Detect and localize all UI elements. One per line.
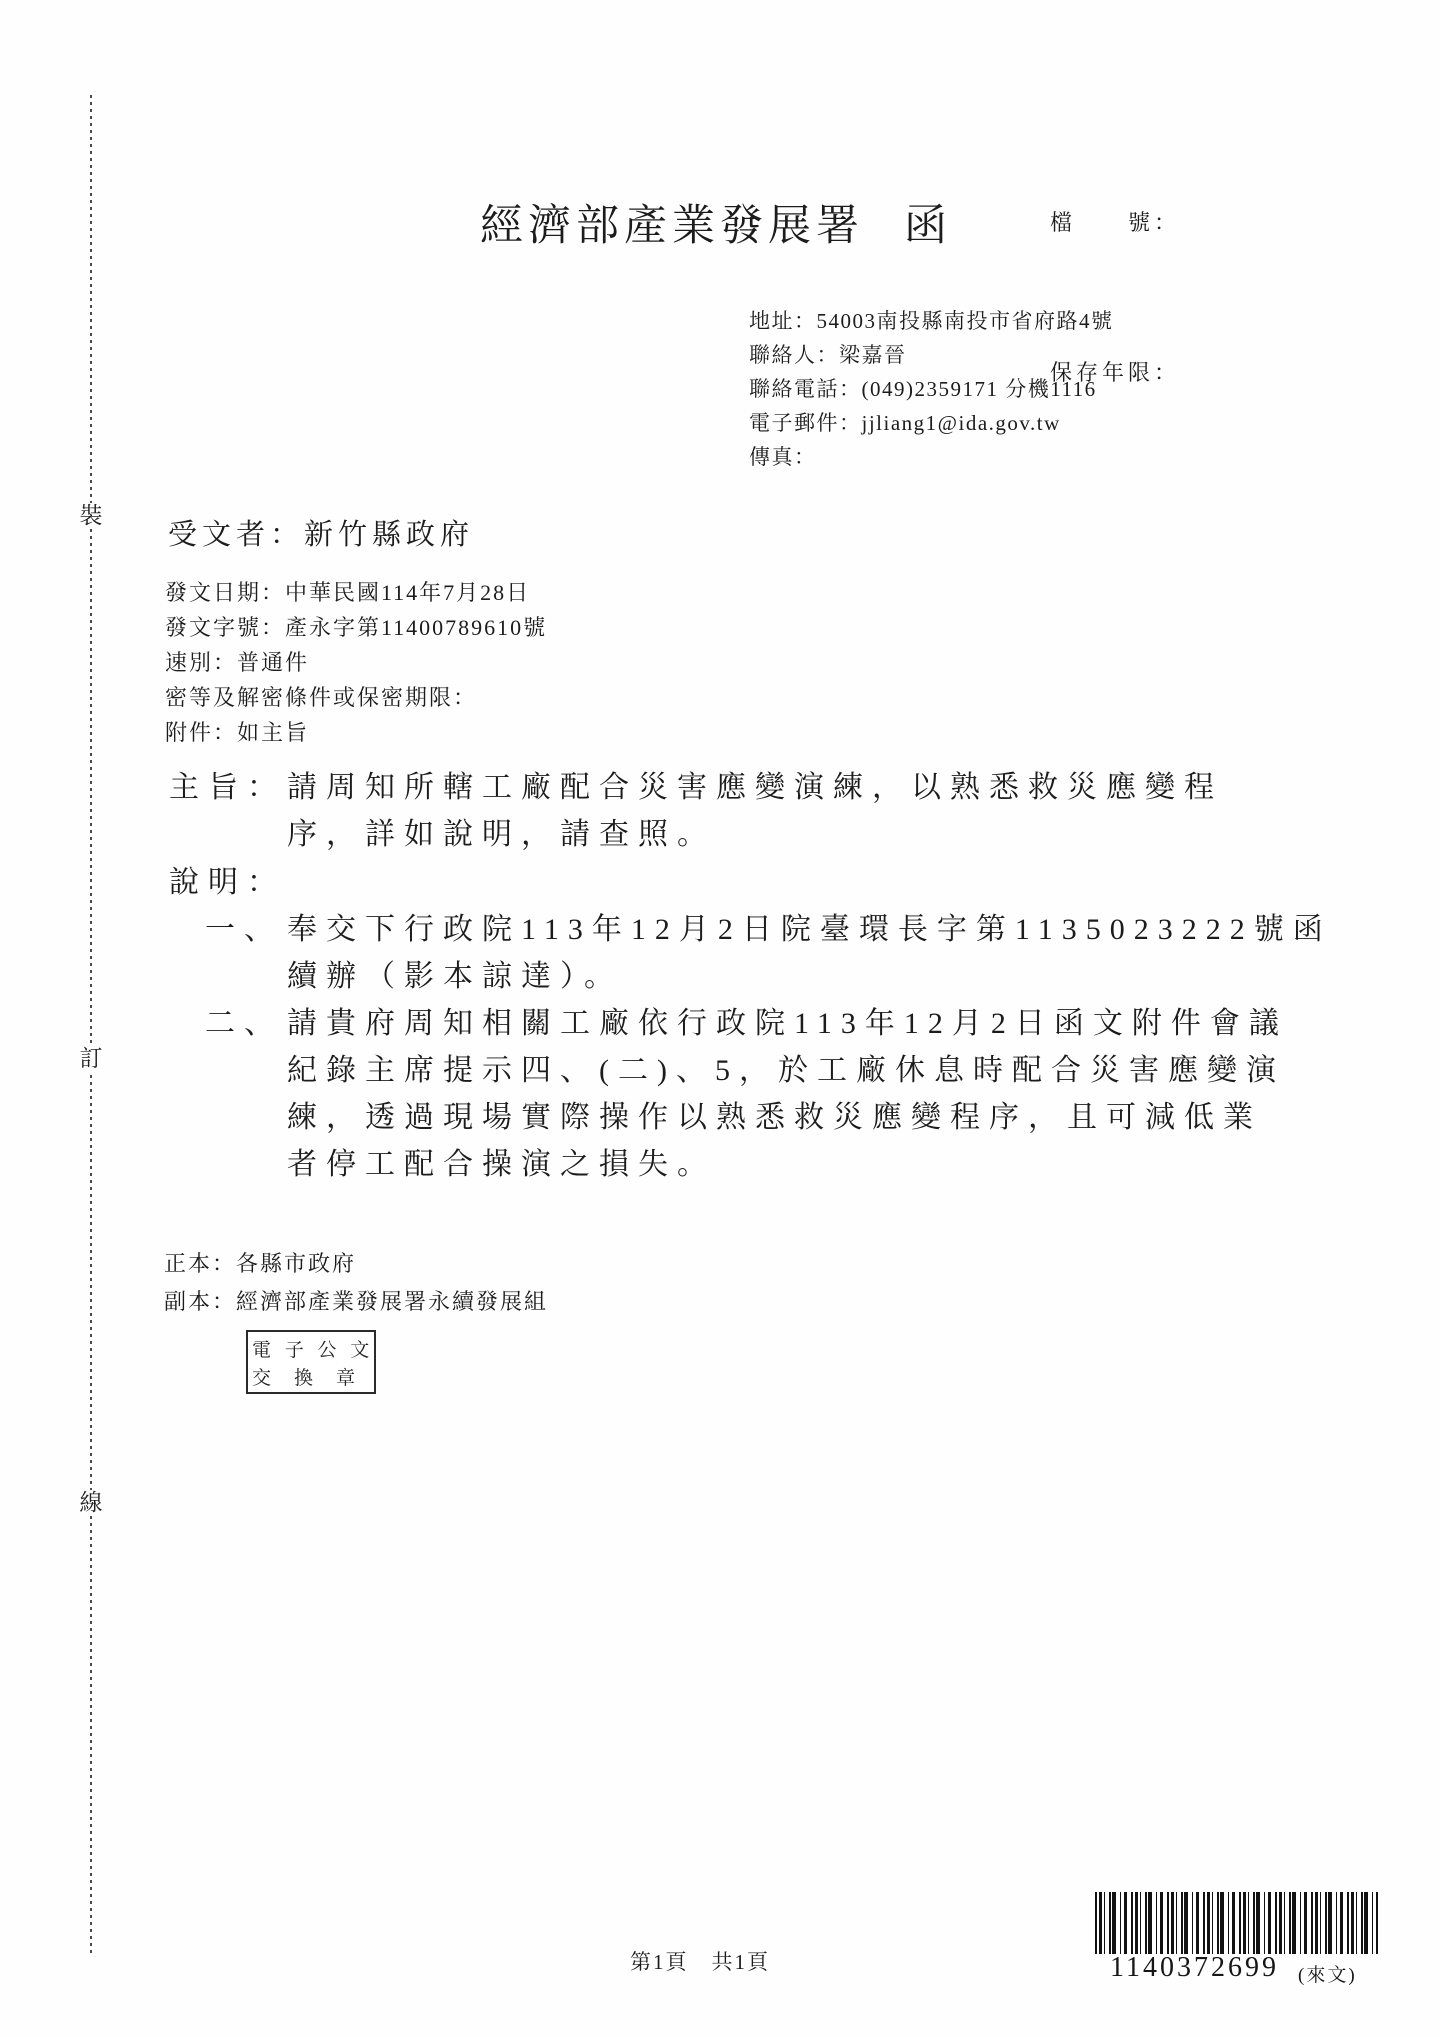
contact-fax: 傳真： [749, 440, 1114, 474]
barcode-source-label: (來文) [1298, 1960, 1357, 1987]
contact-person: 聯絡人：梁嘉晉 [749, 338, 1114, 372]
contact-address: 地址：54003南投縣南投市省府路4號 [749, 304, 1114, 338]
subject-line: 請周知所轄工廠配合災害應變演練，以熟悉救災應變程 [287, 764, 1354, 811]
document-type: 函 [904, 203, 952, 250]
security-class: 密等及解密條件或保密期限： [165, 680, 547, 715]
recipient-line: 受文者：新竹縣政府 [168, 512, 474, 553]
item-number: 二、 [205, 1000, 287, 1188]
item-number: 一、 [205, 906, 287, 1000]
barcode-number: 1140372699 [1110, 1952, 1279, 1984]
electronic-exchange-stamp: 電 子 公 文 交 換 章 [246, 1330, 376, 1394]
binding-mark-xian: 線 [76, 1490, 106, 1516]
subject-label: 主旨： [169, 764, 287, 858]
speed-class: 速別：普通件 [165, 645, 547, 680]
attachment-note: 附件：如主旨 [165, 715, 547, 750]
item-line: 續辦（影本諒達）。 [287, 953, 1354, 1000]
document-page: 裝 訂 線 檔 號： 保存年限： 經濟部產業發展署函 地址：54003南投縣南投… [0, 0, 1440, 2037]
document-title: 經濟部產業發展署函 [480, 192, 952, 253]
distribution-block: 正本：各縣市政府 副本：經濟部產業發展署永續發展組 [164, 1245, 548, 1321]
issue-date: 發文日期：中華民國114年7月28日 [165, 575, 547, 610]
subject-text: 請周知所轄工廠配合災害應變演練，以熟悉救災應變程 序，詳如說明，請查照。 [287, 764, 1354, 858]
item-line: 請貴府周知相關工廠依行政院113年12月2日函文附件會議 [287, 1000, 1354, 1047]
copy-recipients: 副本：經濟部產業發展署永續發展組 [164, 1283, 548, 1321]
original-recipients: 正本：各縣市政府 [164, 1245, 548, 1283]
document-info-block: 發文日期：中華民國114年7月28日 發文字號：產永字第11400789610號… [165, 575, 547, 750]
issue-number: 發文字號：產永字第11400789610號 [165, 610, 547, 645]
contact-email: 電子郵件：jjliang1@ida.gov.tw [749, 406, 1114, 440]
contact-block: 地址：54003南投縣南投市省府路4號 聯絡人：梁嘉晉 聯絡電話：(049)23… [749, 304, 1114, 474]
item-line: 奉交下行政院113年12月2日院臺環長字第1135023222號函 [287, 906, 1354, 953]
barcode-image [1095, 1892, 1378, 1954]
explanation-heading: 說明： [169, 859, 1354, 906]
page-number: 第1頁 共1頁 [630, 1946, 770, 1976]
item-text: 奉交下行政院113年12月2日院臺環長字第1135023222號函 續辦（影本諒… [287, 906, 1354, 1000]
item-line: 者停工配合操演之損失。 [287, 1141, 1354, 1188]
stamp-line: 交 換 章 [252, 1363, 370, 1390]
document-body: 主旨： 請周知所轄工廠配合災害應變演練，以熟悉救災應變程 序，詳如說明，請查照。… [169, 764, 1354, 1188]
file-number-label: 檔 號： [1050, 198, 1180, 248]
binding-mark-ding: 訂 [76, 1046, 106, 1072]
binding-mark-zhuang: 裝 [76, 503, 106, 529]
item-line: 紀錄主席提示四、(二)、5，於工廠休息時配合災害應變演 [287, 1047, 1354, 1094]
binding-dotted-line [90, 95, 92, 1955]
subject-line: 序，詳如說明，請查照。 [287, 811, 1354, 858]
item-text: 請貴府周知相關工廠依行政院113年12月2日函文附件會議 紀錄主席提示四、(二)… [287, 1000, 1354, 1188]
stamp-line: 電 子 公 文 [252, 1335, 370, 1362]
explanation-item-1: 一、 奉交下行政院113年12月2日院臺環長字第1135023222號函 續辦（… [205, 906, 1354, 1000]
subject-section: 主旨： 請周知所轄工廠配合災害應變演練，以熟悉救災應變程 序，詳如說明，請查照。 [169, 764, 1354, 858]
contact-phone: 聯絡電話：(049)2359171 分機1116 [749, 372, 1114, 406]
explanation-item-2: 二、 請貴府周知相關工廠依行政院113年12月2日函文附件會議 紀錄主席提示四、… [205, 1000, 1354, 1188]
item-line: 練，透過現場實際操作以熟悉救災應變程序，且可減低業 [287, 1094, 1354, 1141]
issuing-agency: 經濟部產業發展署 [480, 203, 864, 250]
